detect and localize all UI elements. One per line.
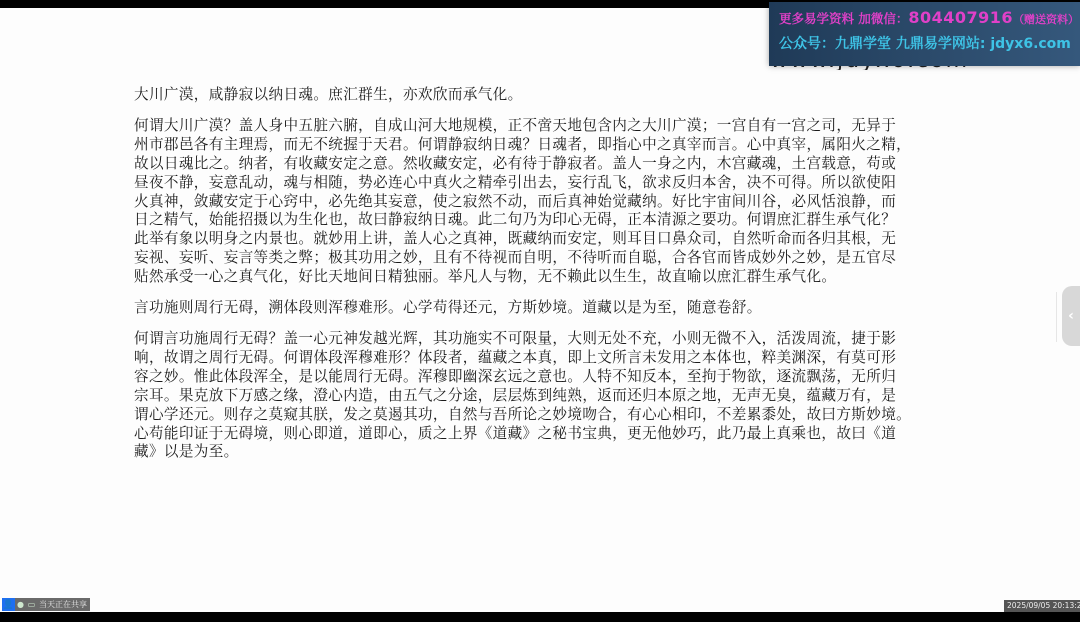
paragraph-line: 谓心学还元。则存之莫窥其朕，发之莫遏其功，自然与吾所论之妙境吻合，有心心相印，不… [134,406,954,425]
watermark-line-1: 更多易学资料 加微信：804407916（赠送资料） [779,8,1080,27]
recording-timestamp: 2025/09/05 20:13:24 [1004,600,1080,612]
side-panel-divider [1056,292,1057,342]
paragraph-2: 何谓言功施周行无碍？盖一心元神发越光辉，其功施实不可限量，大则无处不充，小则无微… [134,330,954,462]
document-body: 大川广漠，咸静寂以纳日魂。庶汇群生，亦欢欣而承气化。 何谓大川广漠？盖人身中五脏… [134,86,954,474]
paragraph-line: 此举有象以明身之内景也。就妙用上讲，盖人心之真神，既藏纳而安定，则耳目口鼻众司，… [134,230,954,249]
section-heading-1: 大川广漠，咸静寂以纳日魂。庶汇群生，亦欢欣而承气化。 [134,86,954,105]
paragraph-line: 昼夜不静，妄意乱动，魂与相随，势必连心中真火之精牵引出去，妄行乱飞，欲求反归本舍… [134,174,954,193]
paragraph-line: 心苟能印证于无碍境，则心即道，道即心，质之上界《道藏》之秘书宝典，更无他妙巧，此… [134,425,954,444]
paragraph-line: 宗耳。果克放下万感之缘，澄心内造，由五气之分途，层层炼到纯熟，返而还归本原之地，… [134,387,954,406]
chat-icon[interactable]: ▭ [26,598,37,611]
bottom-black-bar [0,612,1080,622]
paragraph-line: 日之精气，始能招摄以为生化也，故曰静寂纳日魂。此二句乃为印心无碍，正本清源之要功… [134,211,954,230]
wechat-number: 804407916 [908,8,1013,27]
paragraph-line: 州市郡邑各有主理焉，而无不统握于天君。何谓静寂纳日魂？日魂者，即指心中之真宰而言… [134,136,954,155]
screen-share-status[interactable]: 👤 ● ▭ 当天正在共享 [2,598,90,611]
share-status-label: 当天正在共享 [37,599,90,610]
paragraph-line: 贴然承受一心之真气化，好比天地间日精独丽。举凡人与物，无不赖此以生生，故直喻以庶… [134,268,954,287]
paragraph-line: 容之妙。惟此体段浑全，是以能周行无碍。浑穆即幽深玄远之意也。人特不知反本，至拘于… [134,368,954,387]
shared-screen: 大川广漠，咸静寂以纳日魂。庶汇群生，亦欢欣而承气化。 何谓大川广漠？盖人身中五脏… [0,8,1080,612]
paragraph-line: 藏》以是为至。 [134,443,954,462]
paragraph-1: 何谓大川广漠？盖人身中五脏六腑，自成山河大地规模，正不啻天地包含内之大川广漠；一… [134,117,954,287]
microphone-icon[interactable]: ● [15,598,26,611]
chevron-left-icon: ‹ [1068,308,1074,324]
watermark-line-2: 公众号：九鼎学堂 九鼎易学网站: jdyx6.com [779,33,1080,53]
side-panel-toggle[interactable]: ‹ [1062,286,1080,346]
promo-watermark: 更多易学资料 加微信：804407916（赠送资料） 公众号：九鼎学堂 九鼎易学… [769,2,1080,66]
paragraph-line: 妄视、妄听、妄言等类之弊；极其功用之妙，且有不待视而自明，不待听而自聪，合各官而… [134,249,954,268]
paragraph-line: 何谓大川广漠？盖人身中五脏六腑，自成山河大地规模，正不啻天地包含内之大川广漠；一… [134,117,954,136]
paragraph-line: 故以日魂比之。纳者，有收藏安定之意。然收藏安定，必有待于静寂者。盖人一身之内，木… [134,155,954,174]
paragraph-line: 火真神，敛藏安定于心窍中，必先绝其妄意，使之寂然不动，而后真神始觉藏纳。好比宇宙… [134,193,954,212]
section-heading-2: 言功施则周行无碍，溯体段则浑穆难形。心学苟得还元，方斯妙境。道藏以是为至，随意卷… [134,299,954,318]
paragraph-line: 何谓言功施周行无碍？盖一心元神发越光辉，其功施实不可限量，大则无处不充，小则无微… [134,330,954,349]
user-icon[interactable]: 👤 [2,598,15,611]
paragraph-line: 响，故谓之周行无碍。何谓体段浑穆难形？体段者，蕴藏之本真，即上文所言未发用之本体… [134,349,954,368]
